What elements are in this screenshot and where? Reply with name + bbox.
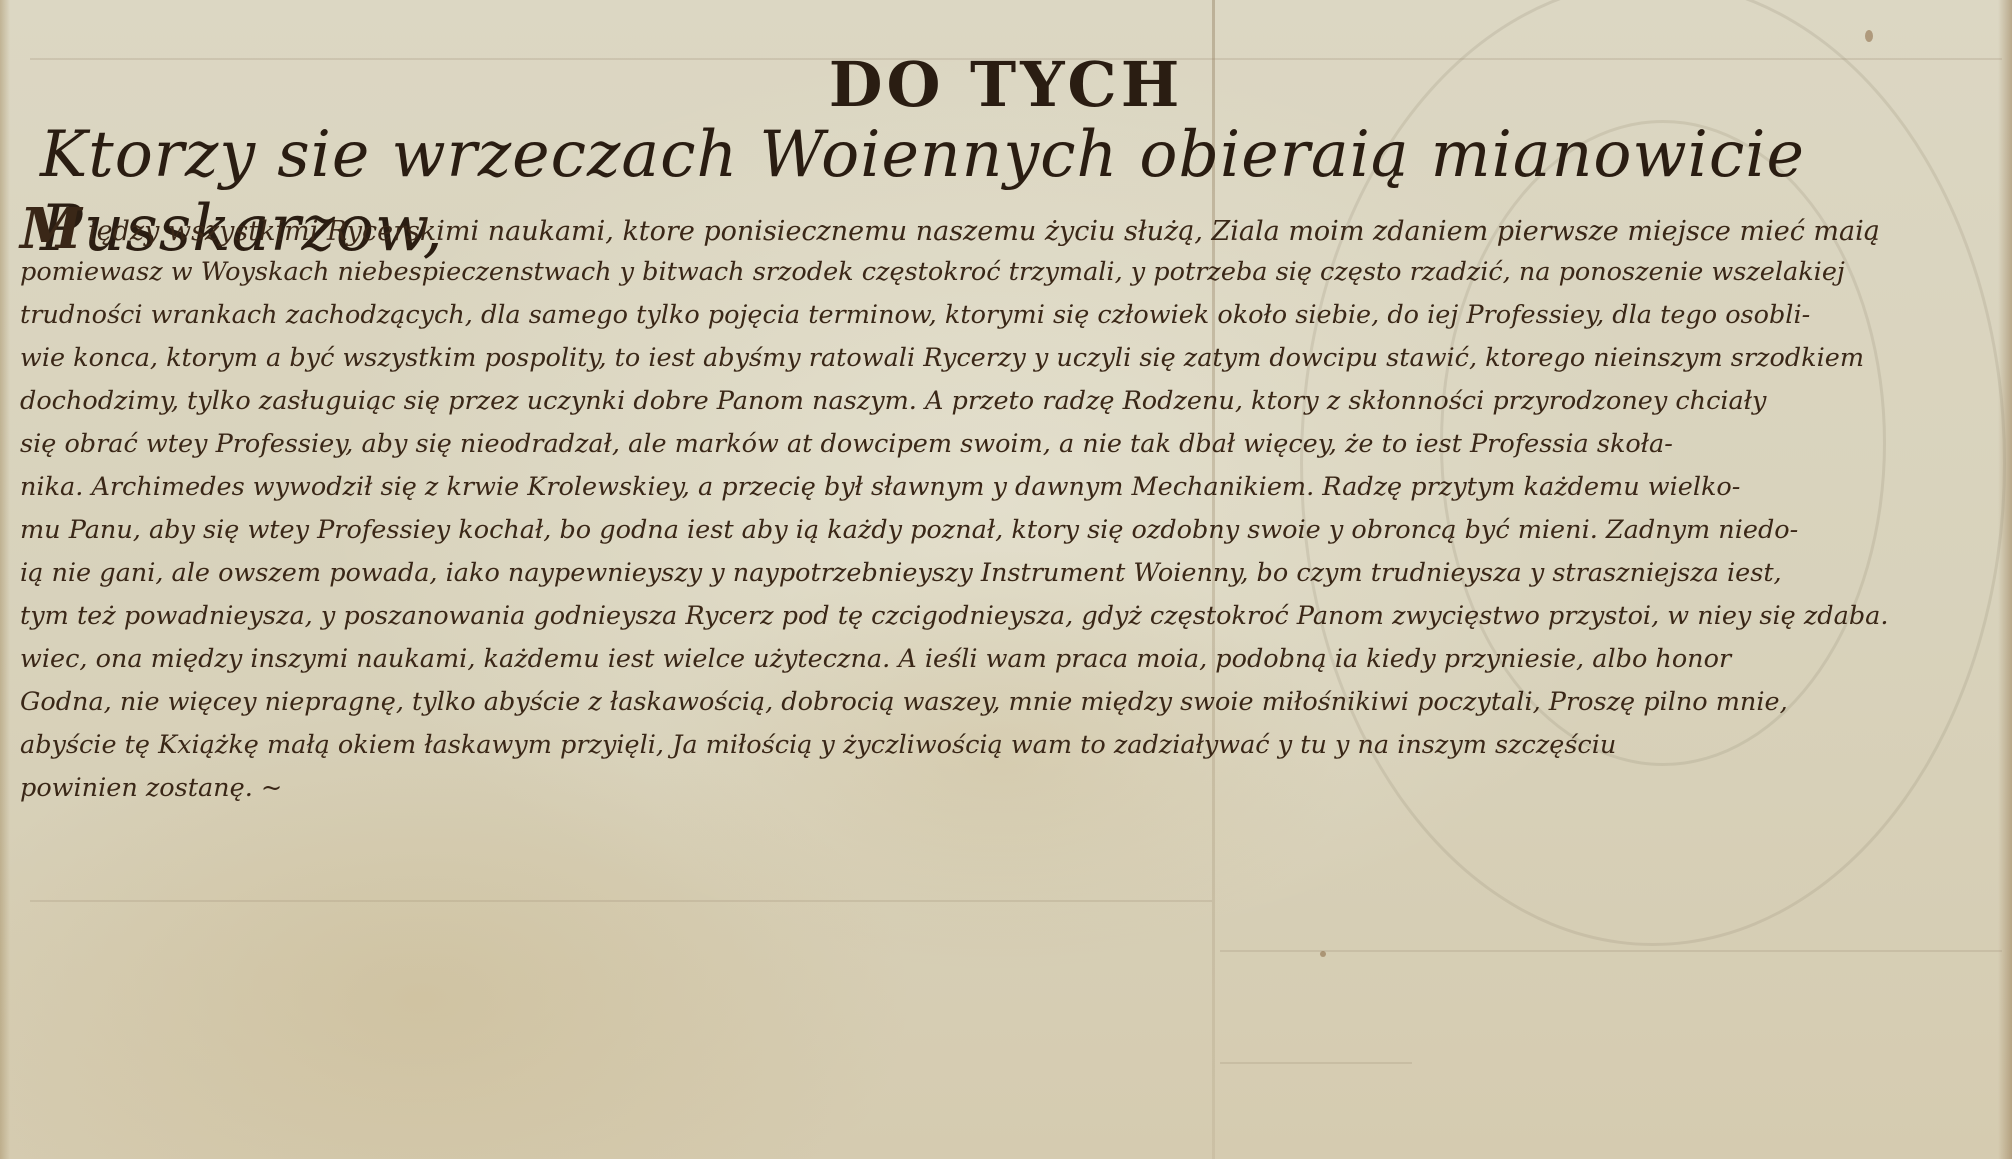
text-line-content: iędzy wszystkimi Rycerskimi naukami, kto… xyxy=(88,216,1880,247)
text-line-2: pomiewasz w Woyskach niebespieczenstwach… xyxy=(20,251,1995,294)
text-line-8: mu Panu, aby się wtey Professiey kochał,… xyxy=(20,509,1995,552)
manuscript-body: Między wszystkimi Rycerskimi naukami, kt… xyxy=(20,208,1995,810)
title-line-1: DO TYCH xyxy=(0,48,2012,121)
text-line-11: wiec, ona między inszymi naukami, każdem… xyxy=(20,638,1995,681)
faint-ruled-line xyxy=(1220,1062,1412,1064)
text-line-12: Godna, nie więcey niepragnę, tylko abyśc… xyxy=(20,681,1995,724)
text-line-7: nika. Archimedes wywodził się z krwie Kr… xyxy=(20,466,1995,509)
text-line-5: dochodzimy, tylko zasługuiąc się przez u… xyxy=(20,380,1995,423)
faint-ruled-line xyxy=(30,900,1212,902)
page-right-edge xyxy=(1998,0,2012,1159)
text-line-9: ią nie gani, ale owszem powada, iako nay… xyxy=(20,552,1995,595)
ink-spot xyxy=(1320,951,1326,957)
faint-ruled-line xyxy=(1220,950,2002,952)
text-line-13: abyście tę Kxiążkę małą okiem łaskawym p… xyxy=(20,724,1995,767)
text-line-14: powinien zostanę. ~ xyxy=(20,767,1995,810)
text-line-1: Między wszystkimi Rycerskimi naukami, kt… xyxy=(20,208,1995,251)
text-line-4: wie konca, ktorym a być wszystkim pospol… xyxy=(20,337,1995,380)
page-left-edge xyxy=(0,0,10,1159)
text-line-3: trudności wrankach zachodzących, dla sam… xyxy=(20,294,1995,337)
text-line-6: się obrać wtey Professiey, aby się nieod… xyxy=(20,423,1995,466)
text-line-10: tym też powadnieysza, y poszanowania god… xyxy=(20,595,1995,638)
ink-spot xyxy=(1865,30,1873,42)
manuscript-page: DO TYCH Ktorzy sie wrzeczach Woiennych o… xyxy=(0,0,2012,1159)
